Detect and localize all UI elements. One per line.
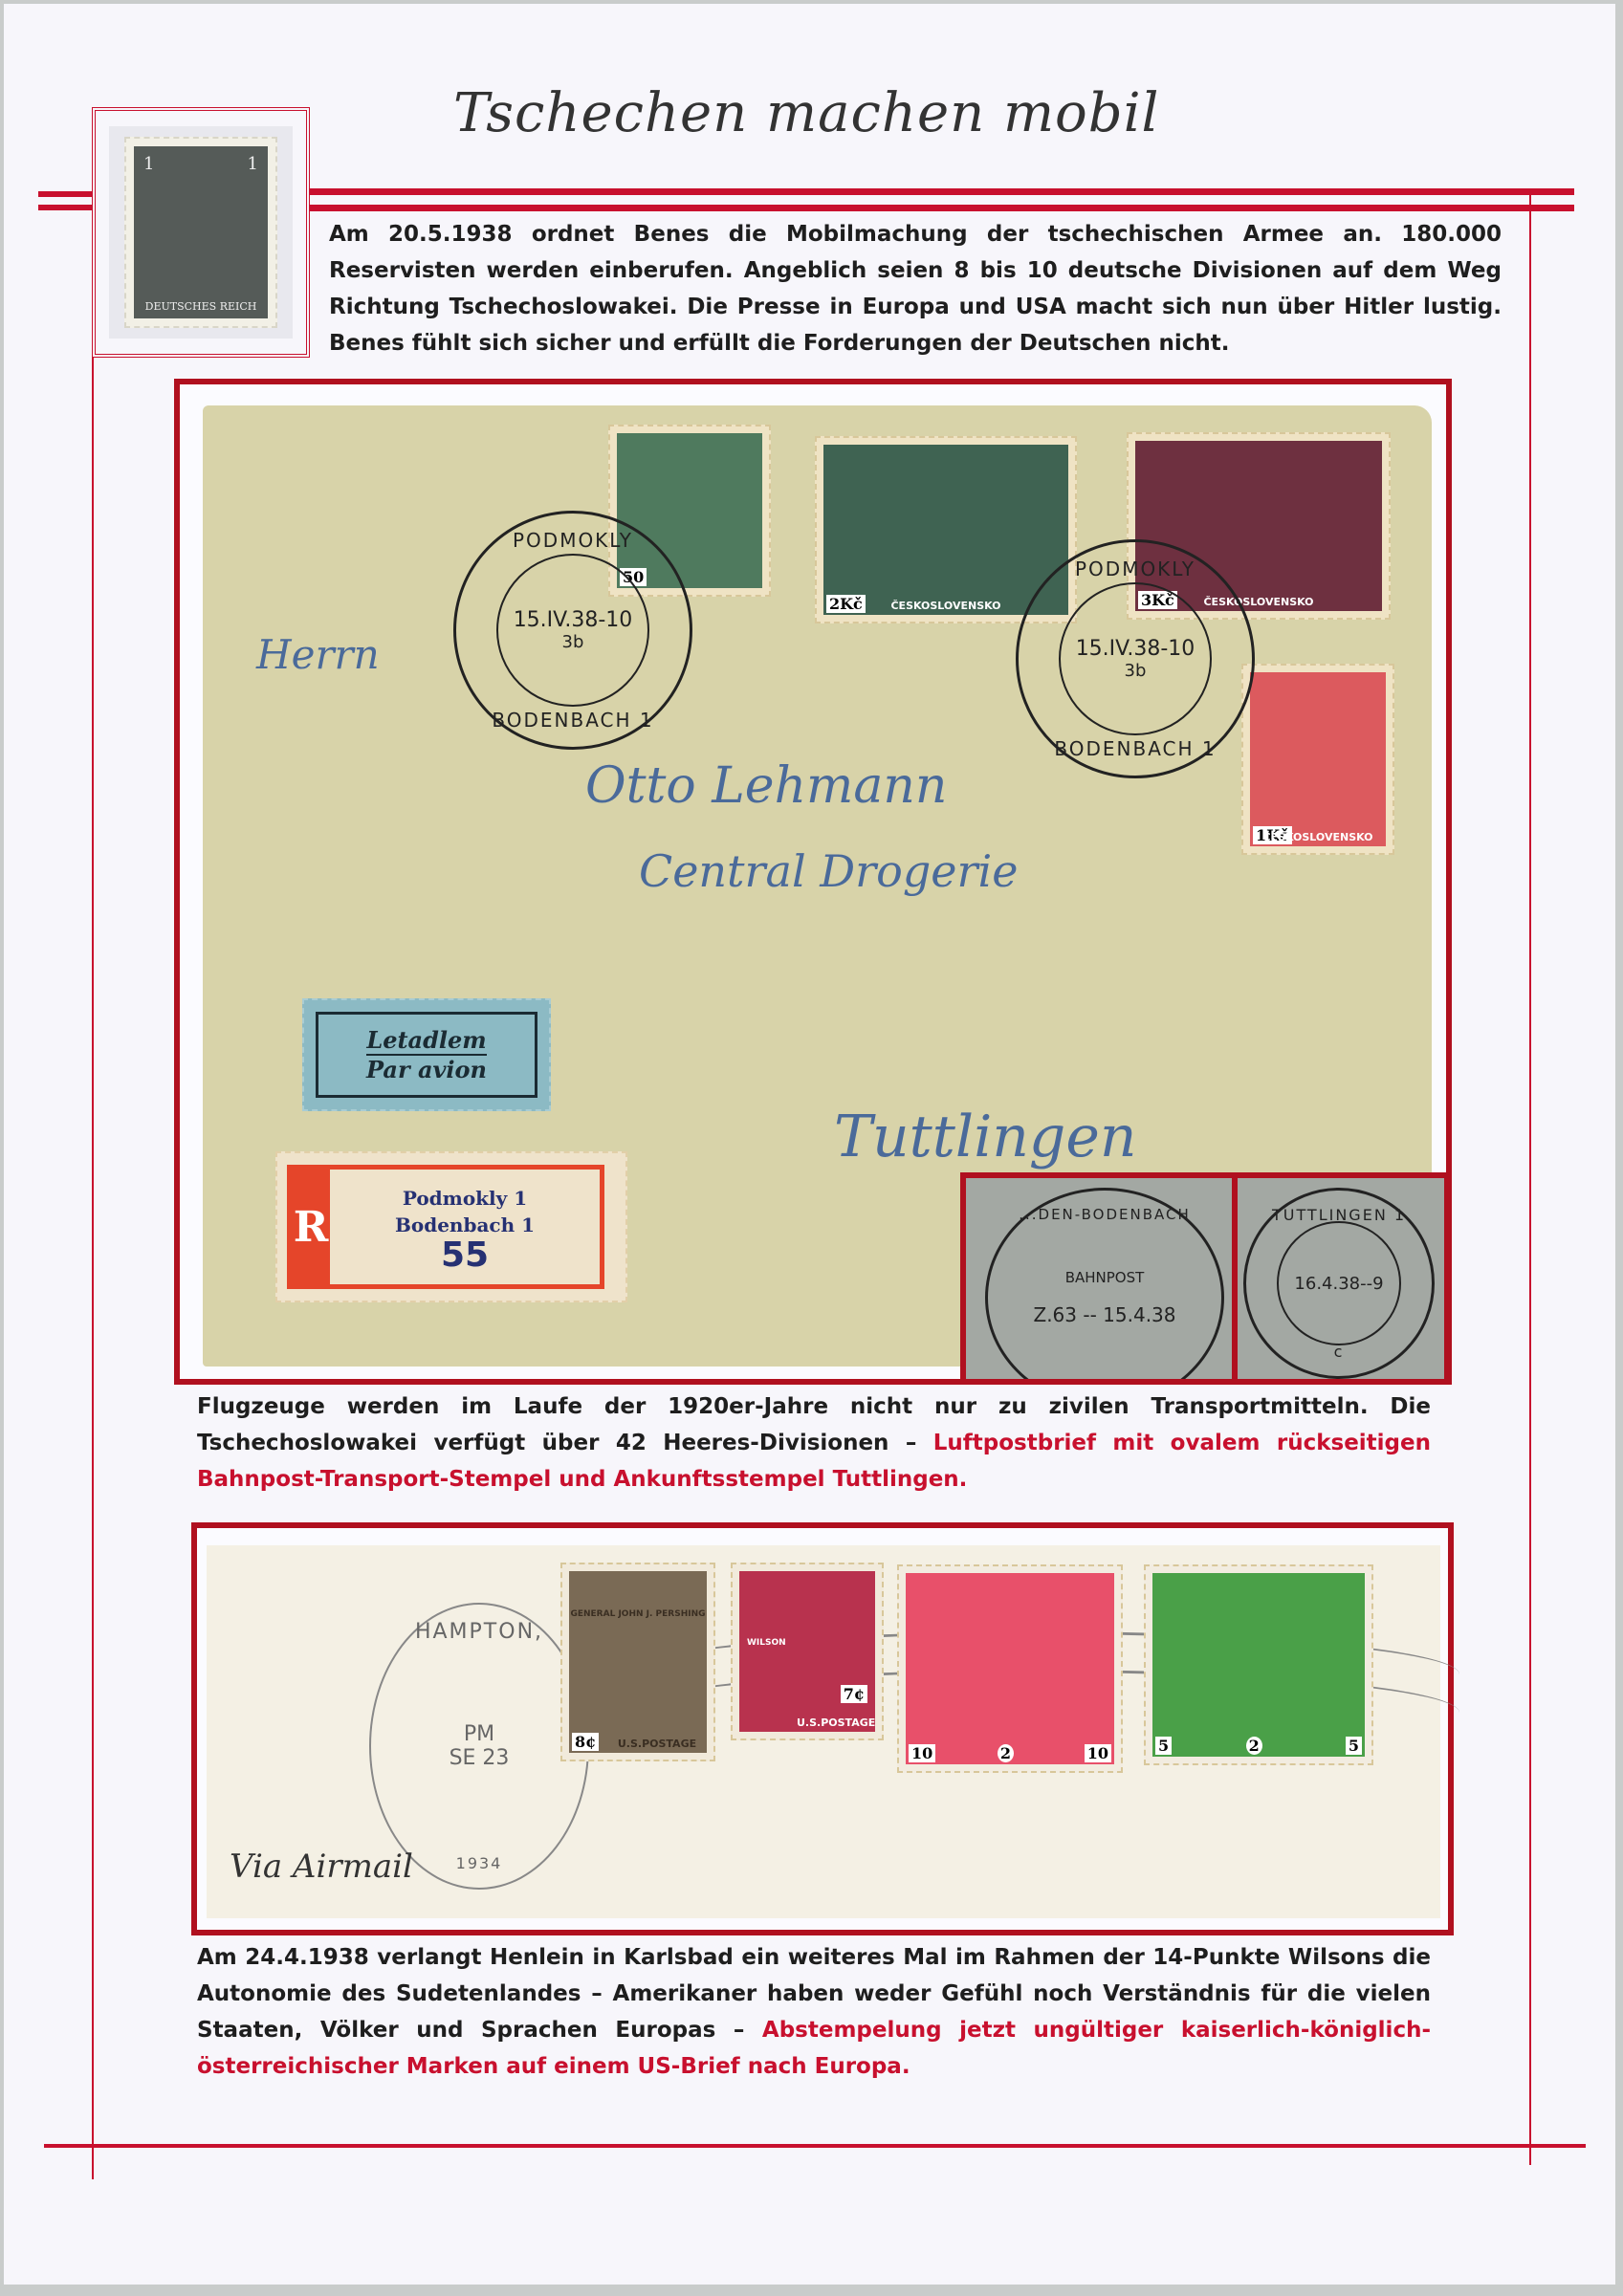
austria-stamp-10h: 10 10 2: [897, 1564, 1123, 1773]
postmark-podmokly-1: PODMOKLY 15.IV.38-10 3b BODENBACH 1: [453, 511, 692, 750]
backstamp-insets: ...DEN-BODENBACH BAHNPOST Z.63 -- 15.4.3…: [960, 1172, 1450, 1385]
stamp-surcharge: 2: [998, 1744, 1014, 1762]
handwriting-addressee: Otto Lehmann: [585, 757, 947, 815]
header-stamp-frame: 1 1 DEUTSCHES REICH: [92, 107, 310, 358]
stamp-surcharge: 2: [1246, 1737, 1262, 1755]
postmark-podmokly-2: PODMOKLY 15.IV.38-10 3b BODENBACH 1: [1016, 539, 1255, 778]
postmark-date: 15.IV.38-10: [514, 608, 633, 632]
postmark-year: 1934: [456, 1854, 503, 1872]
airmail-label-line2: Par avion: [366, 1056, 487, 1083]
postmark-date: Z.63 -- 15.4.38: [1034, 1303, 1176, 1326]
airmail-label: Letadlem Par avion: [302, 998, 551, 1111]
caption-cover2: Am 24.4.1938 verlangt Henlein in Karlsba…: [197, 1939, 1431, 2085]
right-margin-rule: [1529, 191, 1531, 2165]
stamp-mount: 1 1 DEUTSCHES REICH: [109, 126, 293, 339]
postmark-text: BODENBACH 1: [1054, 737, 1216, 760]
postmark-text: HAMPTON,: [415, 1620, 543, 1644]
postmark-date: 15.IV.38-10: [1076, 637, 1195, 661]
postmark-tuttlingen: TUTTLINGEN 1 16.4.38--9 c: [1243, 1188, 1435, 1379]
postmark-text: TUTTLINGEN 1: [1272, 1206, 1406, 1224]
postmark-text: BODENBACH 1: [492, 709, 653, 732]
album-page: Tschechen machen mobil 1 1 DEUTSCHES REI…: [4, 4, 1615, 2285]
postmark-code: 3b: [562, 632, 584, 652]
stamp-country: U.S.POSTAGE: [797, 1717, 875, 1729]
postmark-date: 16.4.38--9: [1294, 1274, 1383, 1294]
inset-bahnpost: ...DEN-BODENBACH BAHNPOST Z.63 -- 15.4.3…: [966, 1178, 1232, 1379]
us-stamp-wilson: WILSON 7¢ U.S.POSTAGE: [731, 1563, 884, 1740]
header-rule-left-bottom: [38, 205, 92, 210]
postmark-text: BAHNPOST: [1065, 1269, 1145, 1286]
registration-letter: R: [292, 1170, 330, 1284]
stamp-value: 5: [1346, 1737, 1362, 1755]
registration-office-alt: Bodenbach 1: [395, 1212, 535, 1238]
page-title: Tschechen machen mobil: [453, 82, 1159, 144]
header-stamp: 1 1 DEUTSCHES REICH: [124, 137, 277, 328]
footer-rule: [44, 2144, 1586, 2148]
stamp-denomination: 1: [248, 154, 258, 174]
airmail-label-line1: Letadlem: [366, 1026, 486, 1056]
registration-label: R Podmokly 1 Bodenbach 1 55: [275, 1151, 627, 1302]
postmark-text: PODMOKLY: [1075, 558, 1195, 580]
stamp-face: GENERAL JOHN J. PERSHING 8¢ U.S.POSTAGE: [569, 1571, 707, 1753]
stamp-country: ČESKOSLOVENSKO: [1250, 831, 1386, 843]
stamp-label: GENERAL JOHN J. PERSHING: [569, 1609, 707, 1619]
stamp-denomination: 1: [143, 154, 154, 174]
header-rule-left-top: [38, 191, 92, 197]
stamp-country: U.S.POSTAGE: [607, 1738, 707, 1750]
handwriting-via-airmail: Via Airmail: [230, 1848, 413, 1886]
cover2-envelope: HAMPTON, PM SE 23 1934 GENERAL JOHN J. P…: [207, 1545, 1440, 1918]
postmark-code: c: [1334, 1343, 1345, 1361]
postmark-date: SE 23: [450, 1746, 510, 1770]
handwriting-company: Central Drogerie: [639, 845, 1018, 897]
stamp-face: 10 10 2: [906, 1573, 1114, 1764]
header-stamp-face: 1 1 DEUTSCHES REICH: [134, 146, 268, 318]
stamp-face: 5 5 2: [1152, 1573, 1365, 1757]
postmark-time: PM: [464, 1722, 494, 1746]
stamp-face: 2Kč ČESKOSLOVENSKO: [823, 445, 1068, 615]
stamp-face: WILSON 7¢ U.S.POSTAGE: [739, 1571, 875, 1732]
header-rule-bottom: [310, 205, 1574, 211]
caption-cover1: Flugzeuge werden im Laufe der 1920er-Jah…: [197, 1389, 1431, 1498]
left-margin-rule: [92, 358, 94, 2179]
stamp-value: 10: [1085, 1744, 1111, 1762]
stamp-country: DEUTSCHES REICH: [134, 300, 268, 313]
us-stamp-pershing: GENERAL JOHN J. PERSHING 8¢ U.S.POSTAGE: [560, 1563, 715, 1761]
registration-office: Podmokly 1: [403, 1185, 527, 1212]
postmark-code: 3b: [1125, 661, 1147, 681]
postmark-hampton: HAMPTON, PM SE 23 1934: [369, 1603, 589, 1890]
stamp-value: 5: [1155, 1737, 1172, 1755]
handwriting-salutation: Herrn: [256, 631, 380, 678]
stamp-value: 8¢: [572, 1733, 599, 1751]
intro-paragraph: Am 20.5.1938 ordnet Benes die Mobilmachu…: [329, 216, 1502, 361]
inset-tuttlingen: TUTTLINGEN 1 16.4.38--9 c: [1238, 1178, 1444, 1379]
handwriting-city: Tuttlingen: [834, 1104, 1136, 1170]
postmark-text: PODMOKLY: [513, 529, 633, 552]
stamp-label: WILSON: [747, 1638, 786, 1648]
stamp-face: 1Kč ČESKOSLOVENSKO: [1250, 672, 1386, 846]
postmark-bahnpost: ...DEN-BODENBACH BAHNPOST Z.63 -- 15.4.3…: [985, 1188, 1224, 1379]
stamp-value: 7¢: [841, 1685, 867, 1703]
stamp-value: 10: [909, 1744, 935, 1762]
registration-number: 55: [441, 1242, 489, 1269]
austria-stamp-5h: 5 5 2: [1144, 1564, 1373, 1765]
cz-airmail-stamp-1kc: 1Kč ČESKOSLOVENSKO: [1241, 664, 1394, 855]
postmark-text: ...DEN-BODENBACH: [1019, 1206, 1191, 1223]
header-rule-top: [310, 188, 1574, 195]
